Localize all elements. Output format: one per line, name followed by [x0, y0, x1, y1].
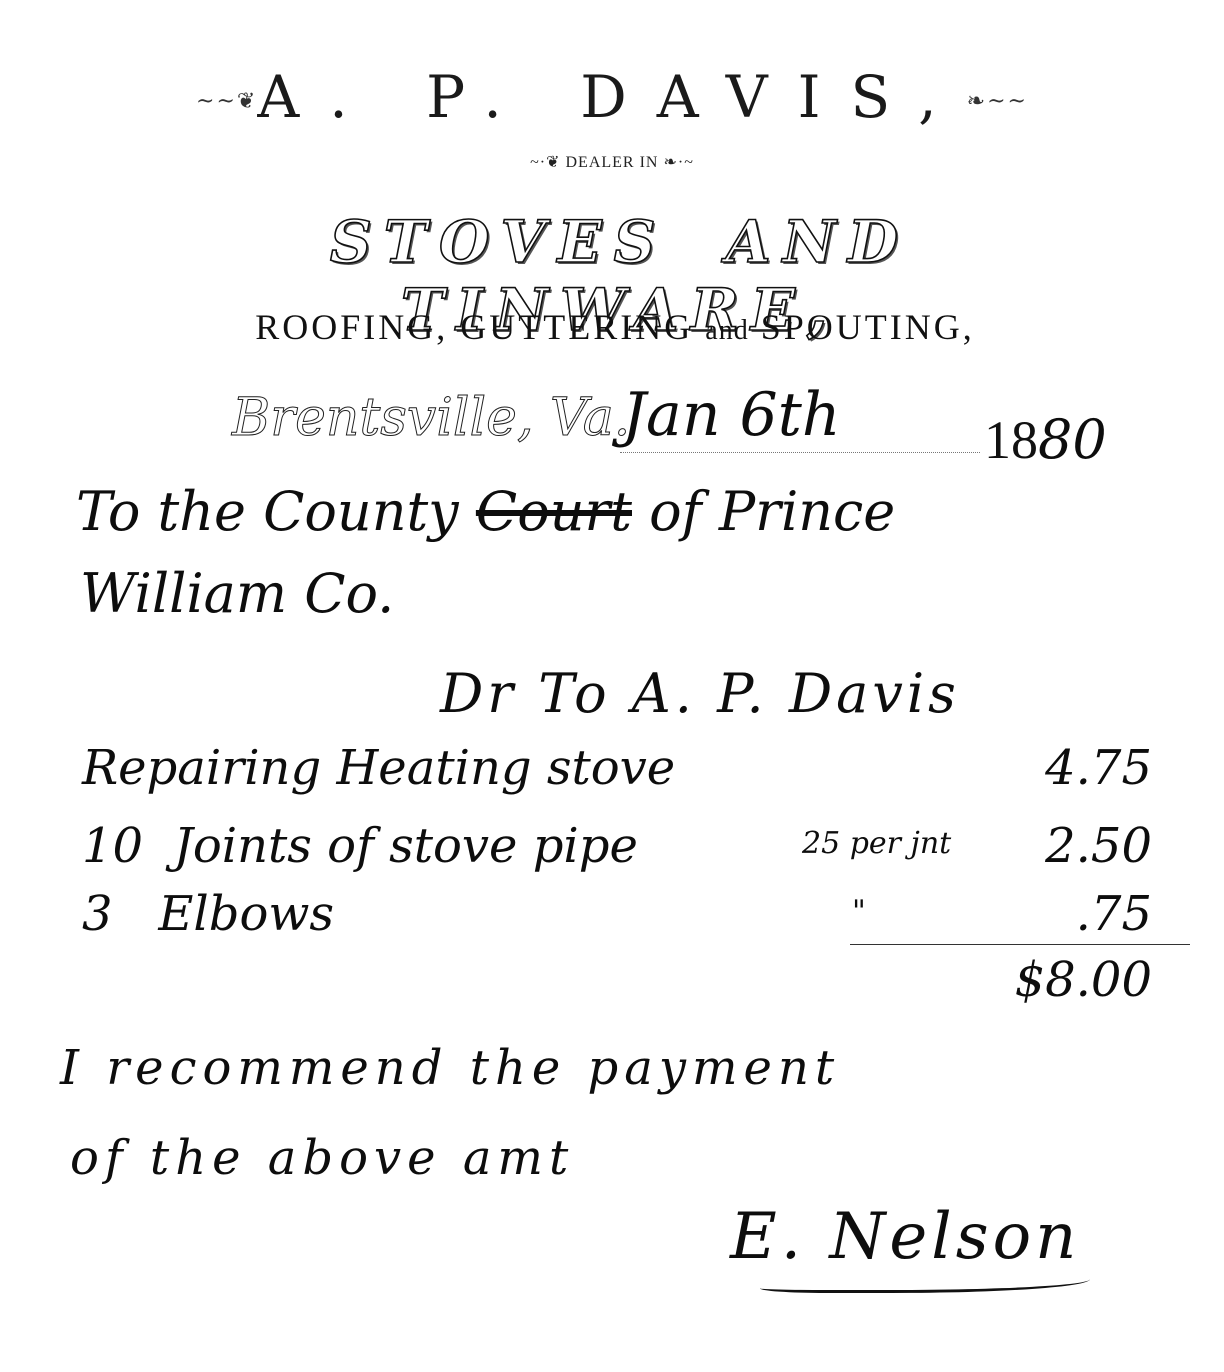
ornament-right-icon: ❧~~: [967, 89, 1028, 114]
signature: E. Nelson: [730, 1200, 1080, 1274]
addressee-start: To the County: [76, 480, 459, 543]
ornament-left-icon: ~~❦: [196, 89, 257, 114]
year-handwritten: 80: [1038, 408, 1107, 471]
year: 1880: [984, 408, 1107, 471]
spouting-text: SPOUTING,: [761, 307, 975, 347]
addressee-line-2: William Co.: [80, 562, 394, 625]
addressee-line-1: To the County Court of Prince: [76, 480, 895, 543]
line-item: 3 Elbows " .75: [82, 886, 1152, 946]
item-unit-price-note: 25 per jnt: [802, 826, 951, 861]
line-item: Repairing Heating stove 4.75: [82, 740, 1152, 800]
dealer-ornament-left-icon: ~·❦: [530, 154, 560, 171]
dealer-in-label: ~·❦ DEALER IN ❧·~: [0, 152, 1224, 172]
struck-word: Court: [476, 480, 632, 543]
date-dotted-line: [620, 452, 980, 453]
recommendation-line-2: of the above amt: [70, 1130, 574, 1186]
debtor-line: Dr To A. P. Davis: [440, 662, 960, 725]
item-amount: 4.75: [982, 740, 1152, 796]
letterhead-name: ~~❦A. P. DAVIS,❧~~: [0, 62, 1224, 137]
item-description: 3 Elbows: [82, 886, 334, 942]
recommendation-line-1: I recommend the payment: [60, 1040, 840, 1096]
roofing-guttering-text: ROOFING, GUTTERING: [255, 307, 693, 347]
place-printed: Brentsville, Va.: [232, 388, 630, 448]
signature-flourish: [760, 1270, 1090, 1293]
dealer-in-text: DEALER IN: [566, 154, 659, 171]
business-line-roofing: ROOFING, GUTTERING and SPOUTING,: [90, 306, 1140, 348]
sum-rule: [850, 944, 1190, 945]
and-text: and: [705, 315, 748, 346]
merchant-name: A. P. DAVIS,: [257, 63, 966, 131]
addressee-end: of Prince: [649, 480, 895, 543]
year-printed: 18: [984, 410, 1038, 470]
item-amount: .75: [982, 886, 1152, 942]
item-description: Repairing Heating stove: [82, 740, 675, 796]
item-amount: 2.50: [982, 818, 1152, 874]
line-item: 10 Joints of stove pipe 25 per jnt 2.50: [82, 818, 1152, 878]
item-ditto-mark: ": [852, 894, 866, 929]
item-description: 10 Joints of stove pipe: [82, 818, 638, 874]
dealer-ornament-right-icon: ❧·~: [663, 154, 693, 171]
invoice-total: $8.00: [900, 952, 1152, 1008]
date-handwritten: Jan 6th: [622, 380, 840, 450]
